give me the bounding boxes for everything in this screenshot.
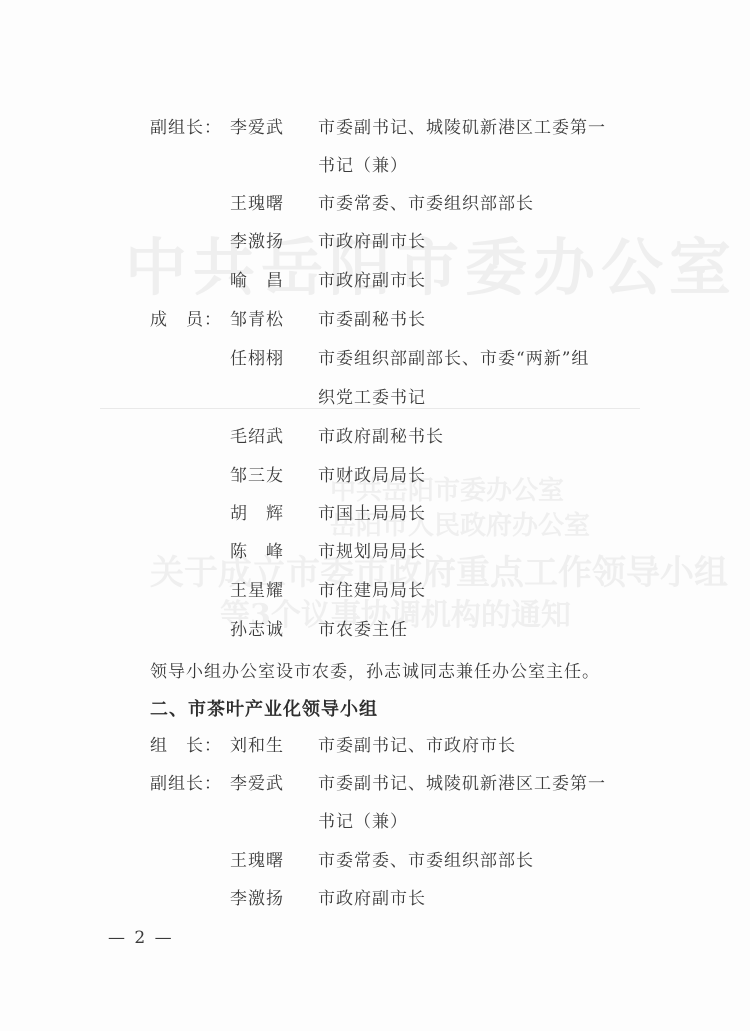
member-title-continued: 书记（兼） bbox=[318, 156, 408, 176]
member-name: 胡 辉 bbox=[230, 504, 310, 524]
member-name: 喻 昌 bbox=[230, 271, 310, 291]
member-title: 市委副秘书长 bbox=[318, 310, 426, 330]
member-name: 李激扬 bbox=[230, 889, 310, 909]
page-number: — 2 — bbox=[108, 928, 174, 948]
member-title: 市委常委、市委组织部部长 bbox=[318, 194, 534, 214]
member-name: 李爱武 bbox=[230, 774, 310, 794]
member-name: 邹青松 bbox=[230, 310, 310, 330]
member-role: 组 长： bbox=[150, 736, 230, 756]
member-title: 市委副书记、城陵矶新港区工委第一 bbox=[318, 118, 606, 138]
member-title: 市政府副市长 bbox=[318, 889, 426, 909]
member-title: 市政府副市长 bbox=[318, 271, 426, 291]
member-name: 刘和生 bbox=[230, 736, 310, 756]
document-page: 中共岳阳市委办公室 中共岳阳市委办公室 岳阳市人民政府办公室 关于成立市委市政府… bbox=[0, 0, 750, 1031]
member-name: 任栩栩 bbox=[230, 349, 310, 369]
member-title: 市住建局局长 bbox=[318, 581, 426, 601]
member-title: 市农委主任 bbox=[318, 620, 408, 640]
member-title: 市国土局局长 bbox=[318, 504, 426, 524]
member-title: 市规划局局长 bbox=[318, 542, 426, 562]
member-title: 市政府副秘书长 bbox=[318, 427, 444, 447]
member-name: 孙志诚 bbox=[230, 620, 310, 640]
member-name: 李爱武 bbox=[230, 118, 310, 138]
bleed-through-title: 中共岳阳市委办公室 bbox=[125, 218, 737, 307]
bleed-through-rule bbox=[100, 408, 640, 409]
member-title: 市委组织部副部长、市委“两新”组 bbox=[318, 349, 589, 369]
member-name: 王瑰曙 bbox=[230, 851, 310, 871]
member-title: 市委副书记、城陵矶新港区工委第一 bbox=[318, 774, 606, 794]
member-role: 副组长： bbox=[150, 774, 230, 794]
member-name: 毛绍武 bbox=[230, 427, 310, 447]
member-role: 成 员： bbox=[150, 310, 230, 330]
member-name: 邹三友 bbox=[230, 466, 310, 486]
member-title: 市委副书记、市政府市长 bbox=[318, 736, 516, 756]
section-heading: 二、市茶叶产业化领导小组 bbox=[150, 695, 378, 721]
member-title-continued: 书记（兼） bbox=[318, 812, 408, 832]
office-note: 领导小组办公室设市农委，孙志诚同志兼任办公室主任。 bbox=[150, 657, 600, 682]
member-title-continued: 织党工委书记 bbox=[318, 388, 426, 408]
member-title: 市财政局局长 bbox=[318, 466, 426, 486]
member-name: 王瑰曙 bbox=[230, 194, 310, 214]
member-name: 王星耀 bbox=[230, 581, 310, 601]
member-name: 陈 峰 bbox=[230, 542, 310, 562]
member-title: 市政府副市长 bbox=[318, 232, 426, 252]
member-title: 市委常委、市委组织部部长 bbox=[318, 851, 534, 871]
member-name: 李激扬 bbox=[230, 232, 310, 252]
member-role: 副组长： bbox=[150, 118, 230, 138]
